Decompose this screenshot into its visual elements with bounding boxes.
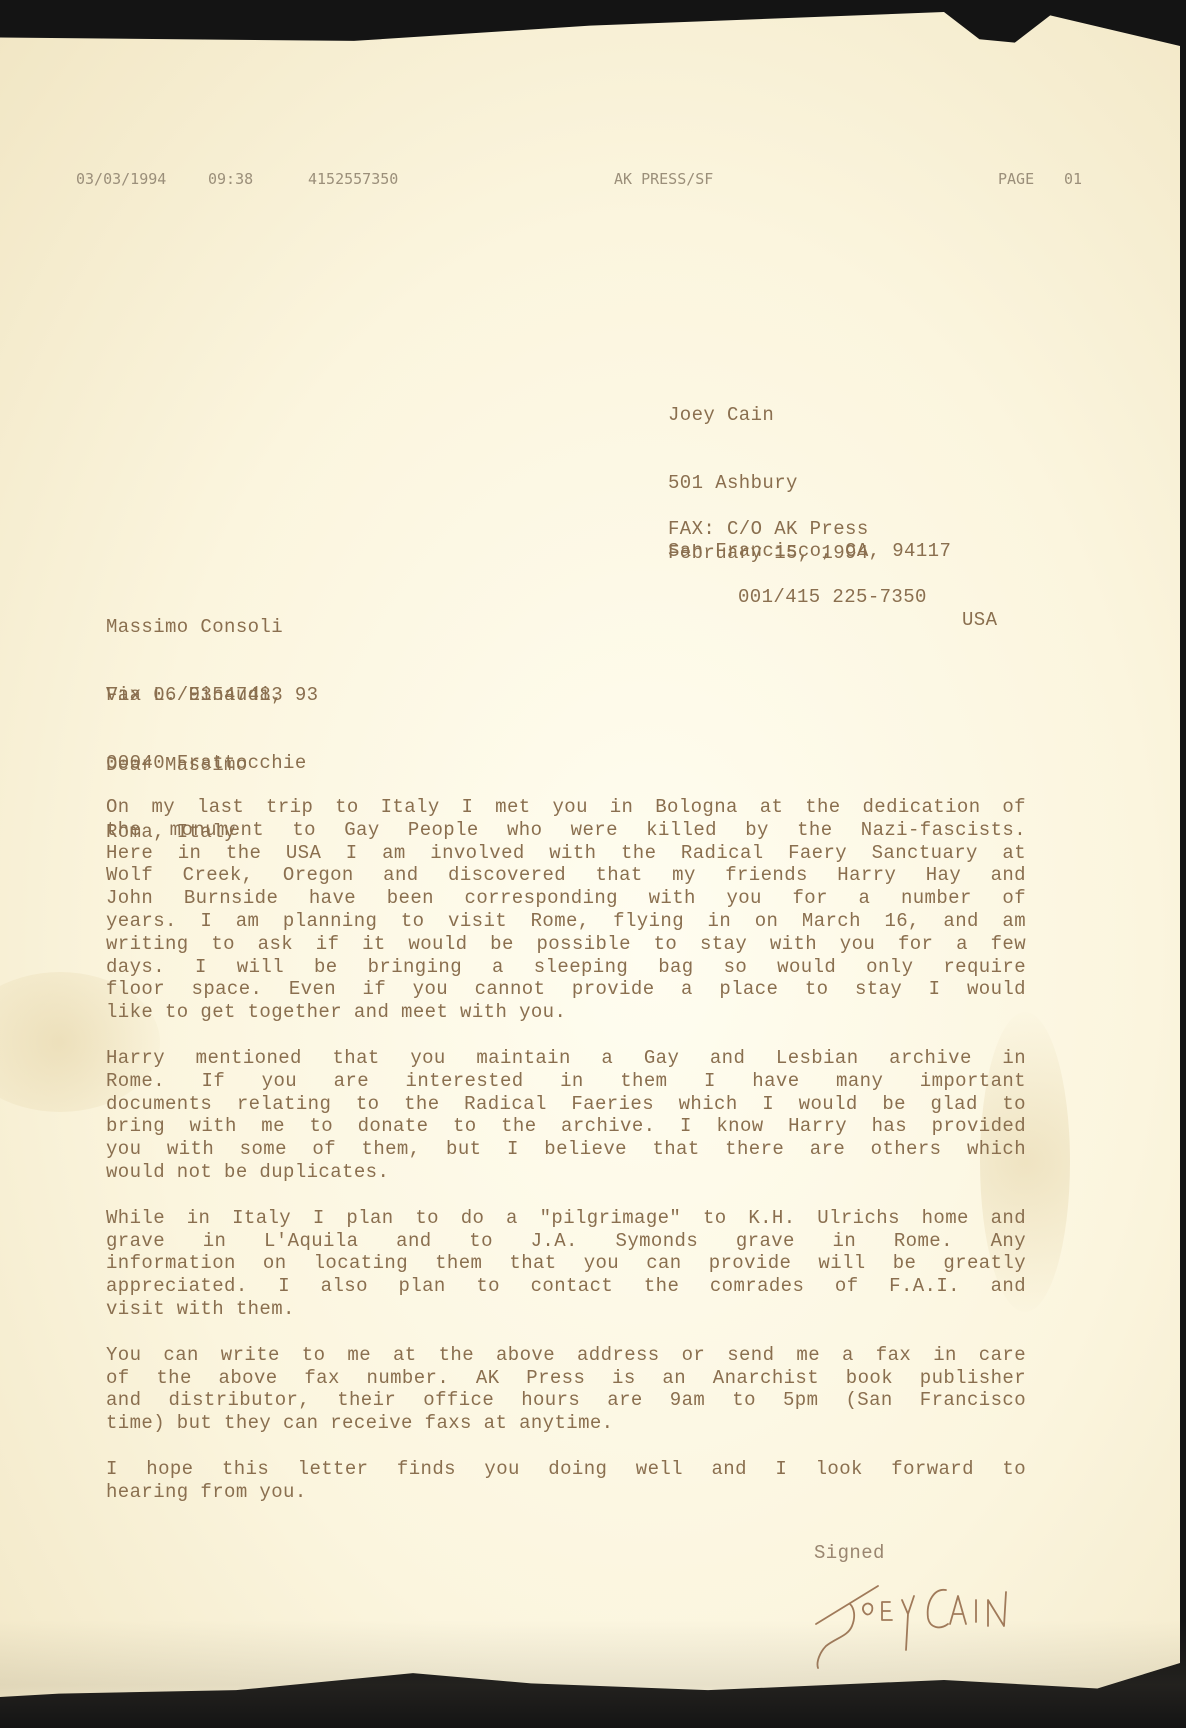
body-line: visit with them.: [106, 1298, 1026, 1321]
body-line: On my last trip to Italy I met you in Bo…: [106, 796, 1026, 819]
body-paragraph: While in Italy I plan to do a "pilgrimag…: [106, 1207, 1026, 1321]
body-line: information on locating them that you ca…: [106, 1252, 1026, 1275]
fax-page-label: PAGE: [998, 170, 1034, 188]
paper-fold-shadow: [0, 1620, 1186, 1728]
body-line: grave in L'Aquila and to J.A. Symonds gr…: [106, 1230, 1026, 1253]
letter-body: On my last trip to Italy I met you in Bo…: [106, 796, 1026, 1527]
body-line: and distributor, their office hours are …: [106, 1389, 1026, 1412]
body-line: you with some of them, but I believe tha…: [106, 1138, 1026, 1161]
body-paragraph: Harry mentioned that you maintain a Gay …: [106, 1047, 1026, 1184]
body-paragraph: You can write to me at the above address…: [106, 1344, 1026, 1435]
body-line: bring with me to donate to the archive. …: [106, 1115, 1026, 1138]
recipient-fax: Fax 06/93547483: [106, 684, 283, 707]
letter-date: February 15, 1994: [668, 542, 869, 565]
fax-transmission-header: 03/03/1994 09:38 4152557350 AK PRESS/SF …: [76, 170, 1086, 192]
closing: Signed: [814, 1542, 885, 1565]
fax-date: 03/03/1994: [76, 170, 166, 188]
body-paragraph: I hope this letter finds you doing well …: [106, 1458, 1026, 1504]
body-line: documents relating to the Radical Faerie…: [106, 1093, 1026, 1116]
fax-sender: AK PRESS/SF: [614, 170, 713, 188]
body-line: Rome. If you are interested in them I ha…: [106, 1070, 1026, 1093]
body-paragraph: On my last trip to Italy I met you in Bo…: [106, 796, 1026, 1024]
salutation: Dear Massimo: [106, 754, 248, 777]
fax-phone: 4152557350: [308, 170, 398, 188]
body-line: of the above fax number. AK Press is an …: [106, 1367, 1026, 1390]
body-line: writing to ask if it would be possible t…: [106, 933, 1026, 956]
body-line: I hope this letter finds you doing well …: [106, 1458, 1026, 1481]
body-line: like to get together and meet with you.: [106, 1001, 1026, 1024]
body-line: John Burnside have been corresponding wi…: [106, 887, 1026, 910]
body-line: days. I will be bringing a sleeping bag …: [106, 956, 1026, 979]
sender-fax-number: 001/415 225-7350: [668, 586, 927, 609]
fax-time: 09:38: [208, 170, 253, 188]
body-line: would not be duplicates.: [106, 1161, 1026, 1184]
body-line: time) but they can receive faxs at anyti…: [106, 1412, 1026, 1435]
recipient-name: Massimo Consoli: [106, 616, 318, 639]
body-line: the monument to Gay People who were kill…: [106, 819, 1026, 842]
sender-fax-label: FAX: C/O AK Press: [668, 518, 927, 541]
body-line: hearing from you.: [106, 1481, 1026, 1504]
body-line: You can write to me at the above address…: [106, 1344, 1026, 1367]
body-line: appreciated. I also plan to contact the …: [106, 1275, 1026, 1298]
body-line: floor space. Even if you cannot provide …: [106, 978, 1026, 1001]
fax-page-number: 01: [1064, 170, 1082, 188]
body-line: Wolf Creek, Oregon and discovered that m…: [106, 864, 1026, 887]
body-line: While in Italy I plan to do a "pilgrimag…: [106, 1207, 1026, 1230]
sender-name: Joey Cain: [668, 404, 997, 427]
body-line: Here in the USA I am involved with the R…: [106, 842, 1026, 865]
body-line: Harry mentioned that you maintain a Gay …: [106, 1047, 1026, 1070]
body-line: years. I am planning to visit Rome, flyi…: [106, 910, 1026, 933]
